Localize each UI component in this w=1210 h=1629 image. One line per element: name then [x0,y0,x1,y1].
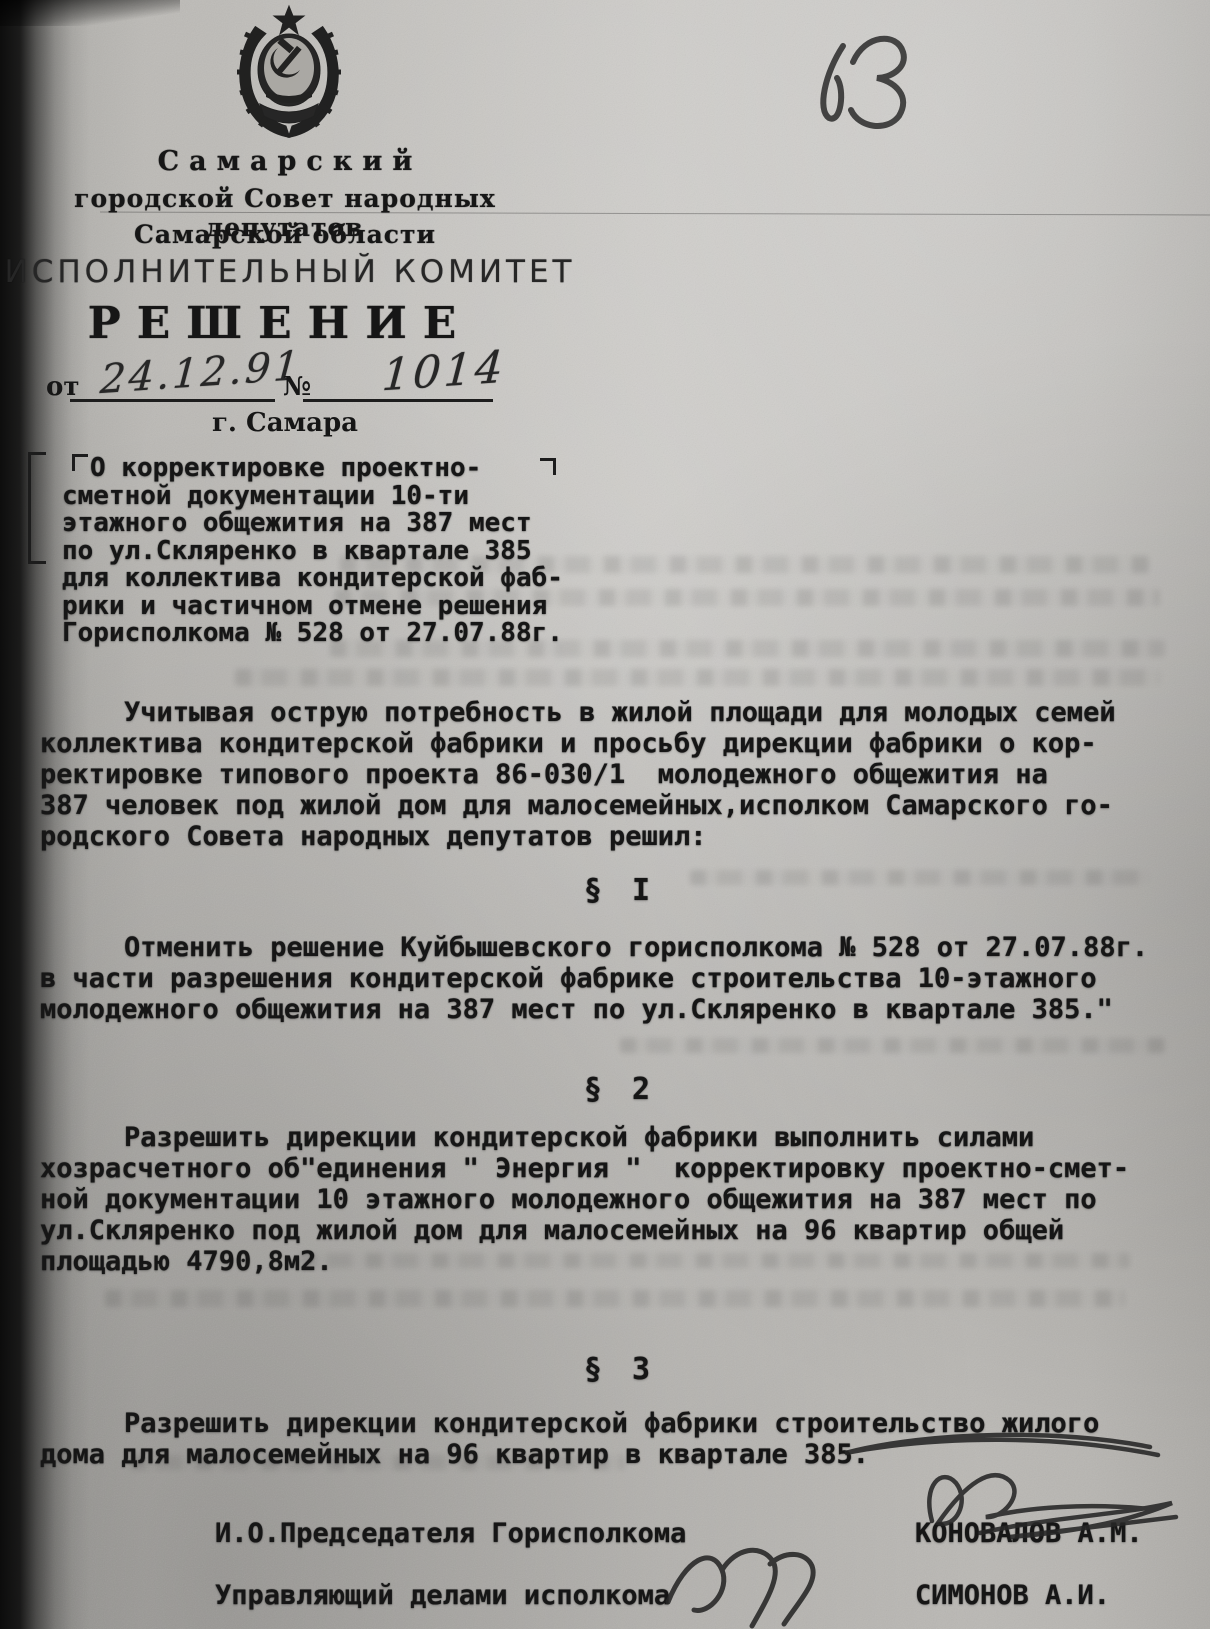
document-type-title: РЕШЕНИЕ [0,298,560,349]
scanned-document-page: Самарский городской Совет народных депут… [0,0,1210,1629]
body-line: 387 человек под жилой дом для малосемейн… [40,790,1180,821]
body-line: ной документации 10 этажного молодежного… [40,1184,1180,1215]
org-name-line3: Самарской области [0,220,570,249]
subject-line: для коллектива кондитерской фаб- [62,565,563,593]
body-line: ул.Скляренко под жилой дом для малосемей… [40,1215,1180,1246]
body-line: Разрешить дирекции кондитерской фабрики … [40,1122,1180,1153]
section-2-paragraph: Разрешить дирекции кондитерской фабрики … [40,1122,1180,1277]
date-label: от [46,372,79,402]
committee-title: ИСПОЛНИТЕЛЬНЫЙ КОМИТЕТ [0,254,580,290]
date-handwritten-value: 24.12.91 [99,343,304,403]
number-handwritten-value: 1014 [380,341,507,401]
subject-corner-open [72,454,88,471]
section-2-heading: § 2 [0,1072,1210,1107]
subject-line: рики и частичном отмене решения [62,593,563,621]
preamble-paragraph: Учитывая острую потребность в жилой площ… [40,697,1180,852]
section-3-heading: § 3 [0,1352,1210,1387]
date-underline [70,399,275,402]
margin-bracket [28,452,46,564]
body-line: молодежного общежития на 387 мест по ул.… [40,994,1180,1025]
subject-line: этажного общежития на 387 мест [62,510,563,538]
scan-shadow-corner [0,0,180,26]
body-line: родского Совета народных депутатов решил… [40,821,1180,852]
number-underline [303,399,493,402]
bleedthrough-text [235,669,1160,686]
section-1-paragraph: Отменить решение Куйбышевского горисполк… [40,932,1180,1025]
subject-block: О корректировке проектно- сметной докуме… [62,455,563,648]
subject-line: по ул.Скляренко в квартале 385 [62,538,563,566]
subject-line: О корректировке проектно- [62,455,563,483]
body-line: площадью 4790,8м2. [40,1246,1180,1277]
body-line: коллектива кондитерской фабрики и просьб… [40,728,1180,759]
bleedthrough-text [105,1290,1125,1307]
subject-corner-close [540,458,556,475]
body-line: Отменить решение Куйбышевского горисполк… [40,932,1180,963]
section-1-heading: § I [0,873,1210,908]
body-line: ректировке типового проекта 86-030/1 мол… [40,759,1180,790]
body-line: хозрасчетного об"единения " Энергия " ко… [40,1153,1180,1184]
city-line: г. Самара [0,408,570,438]
body-line: в части разрешения кондитерской фабрике … [40,963,1180,994]
signature-2-name: СИМОНОВ А.И. [915,1580,1110,1611]
number-label: № [283,372,311,402]
signature-2-autograph [620,1540,860,1629]
handwritten-mark [795,28,955,143]
org-name-line1: Самарский [0,146,580,177]
rsfsr-coat-of-arms-icon [226,4,352,140]
subject-line: сметной документации 10-ти [62,483,563,511]
body-line: Учитывая острую потребность в жилой площ… [40,697,1180,728]
signature-2-title: Управляющий делами исполкома [215,1580,670,1611]
signature-1-title: И.О.Председателя Горисполкома [215,1518,686,1549]
subject-line: Горисполкома № 528 от 27.07.88г. [62,620,563,648]
bleedthrough-text [620,1038,1165,1053]
